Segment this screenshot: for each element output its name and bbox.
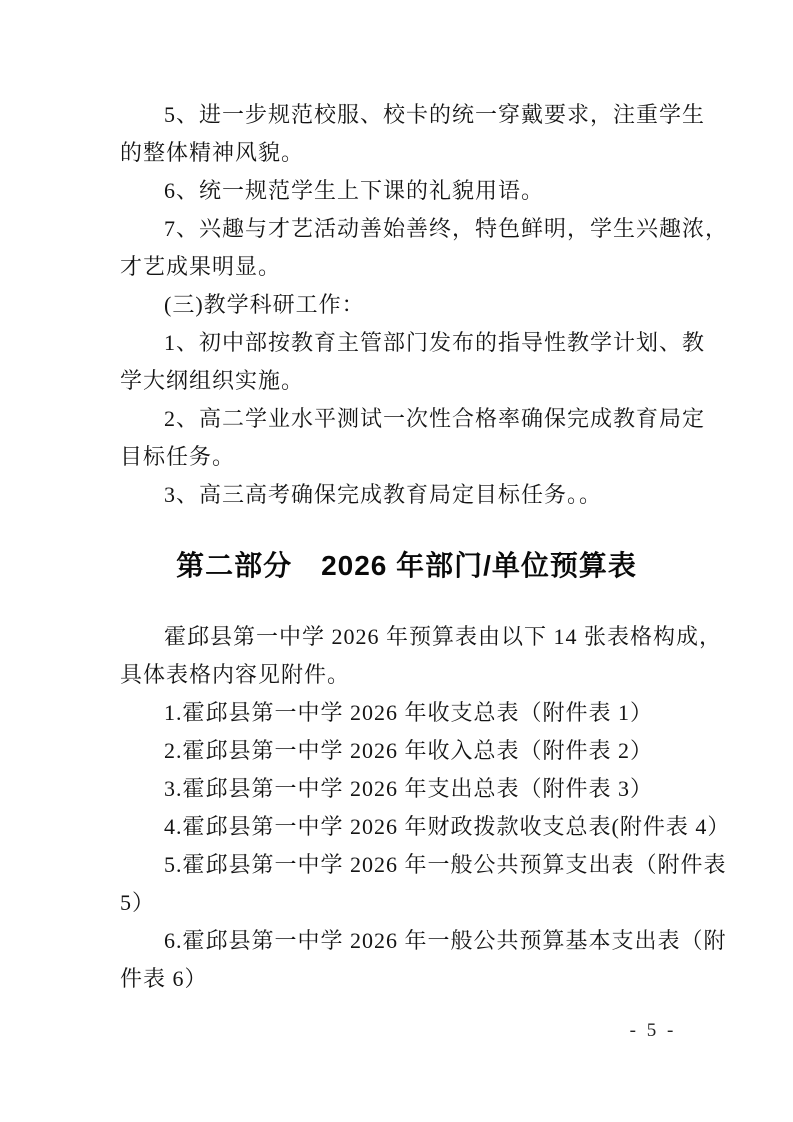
text-line: 具体表格内容见附件。 bbox=[120, 656, 693, 694]
text-line: 霍邱县第一中学 2026 年预算表由以下 14 张表格构成， bbox=[120, 618, 693, 656]
text-line: 3、高三高考确保完成教育局定目标任务。。 bbox=[120, 476, 693, 514]
text-line: 5、进一步规范校服、校卡的统一穿戴要求，注重学生 bbox=[120, 96, 693, 134]
list-item-line: 2.霍邱县第一中学 2026 年收入总表（附件表 2） bbox=[120, 732, 693, 770]
document-page: 5、进一步规范校服、校卡的统一穿戴要求，注重学生 的整体精神风貌。 6、统一规范… bbox=[0, 0, 793, 1122]
list-item-line: 6.霍邱县第一中学 2026 年一般公共预算基本支出表（附 bbox=[120, 922, 693, 960]
section-heading: 第二部分 2026 年部门/单位预算表 bbox=[120, 544, 693, 588]
text-line: 6、统一规范学生上下课的礼貌用语。 bbox=[120, 172, 693, 210]
document-content: 5、进一步规范校服、校卡的统一穿戴要求，注重学生 的整体精神风貌。 6、统一规范… bbox=[0, 0, 793, 998]
text-line: 目标任务。 bbox=[120, 438, 693, 476]
text-line: 1、初中部按教育主管部门发布的指导性教学计划、教 bbox=[120, 324, 693, 362]
text-line: 7、兴趣与才艺活动善始善终，特色鲜明，学生兴趣浓， bbox=[120, 210, 693, 248]
list-item-line: 件表 6） bbox=[120, 960, 693, 998]
text-line: (三)教学科研工作： bbox=[120, 286, 693, 324]
text-line: 学大纲组织实施。 bbox=[120, 362, 693, 400]
list-item-line: 1.霍邱县第一中学 2026 年收支总表（附件表 1） bbox=[120, 694, 693, 732]
page-number: - 5 - bbox=[603, 1020, 703, 1042]
text-line: 2、高二学业水平测试一次性合格率确保完成教育局定 bbox=[120, 400, 693, 438]
text-line: 的整体精神风貌。 bbox=[120, 134, 693, 172]
list-item-line: 5.霍邱县第一中学 2026 年一般公共预算支出表（附件表 bbox=[120, 846, 693, 884]
list-item-line: 5） bbox=[120, 884, 693, 922]
list-item-line: 3.霍邱县第一中学 2026 年支出总表（附件表 3） bbox=[120, 770, 693, 808]
list-item-line: 4.霍邱县第一中学 2026 年财政拨款收支总表(附件表 4） bbox=[120, 808, 693, 846]
text-line: 才艺成果明显。 bbox=[120, 248, 693, 286]
